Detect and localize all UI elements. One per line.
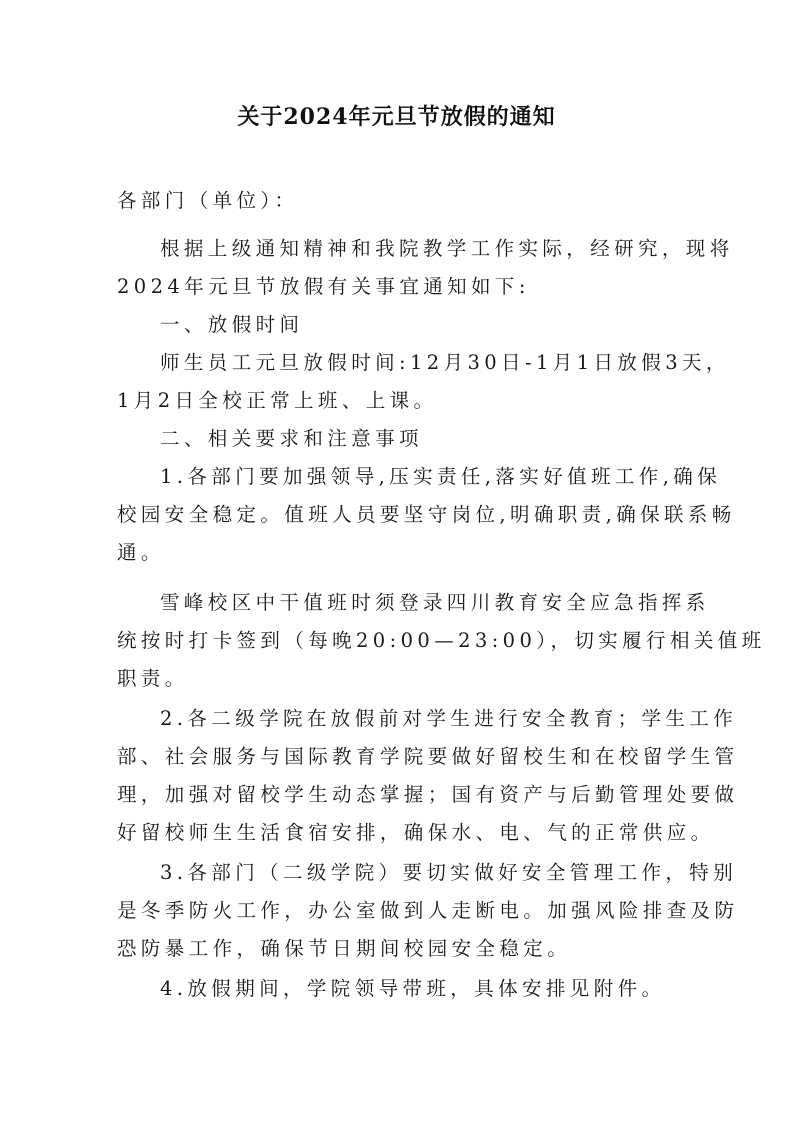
body-line: 部、社会服务与国际教育学院要做好留校生和在校留学生管 [117,744,683,770]
document-title: 关于2024年元旦节放假的通知 [0,100,793,131]
document-page: 关于2024年元旦节放假的通知 各部门（单位）： 根据上级通知精神和我院教学工作… [0,0,793,1122]
body-line: 统按时打卡签到（每晚20:00—23:00），切实履行相关值班 [117,628,683,654]
body-line: 一、放假时间 [160,312,683,338]
salutation: 各部门（单位）： [117,188,683,214]
body-line: 理，加强对留校学生动态掌握；国有资产与后勤管理处要做 [117,782,683,808]
body-line: 二、相关要求和注意事项 [160,426,683,452]
body-line: 师生员工元旦放假时间:12月30日-1月1日放假3天， [160,350,683,376]
body-line: 好留校师生生活食宿安排，确保水、电、气的正常供应。 [117,820,683,846]
body-line: 雪峰校区中干值班时须登录四川教育安全应急指挥系 [160,590,683,616]
body-line: 2024年元旦节放假有关事宜通知如下: [117,274,683,300]
body-line: 职责。 [117,666,683,692]
body-line: 3.各部门（二级学院）要切实做好安全管理工作，特别 [160,860,683,886]
body-line: 是冬季防火工作，办公室做到人走断电。加强风险排查及防 [117,898,683,924]
body-line: 根据上级通知精神和我院教学工作实际，经研究，现将 [160,236,683,262]
body-line: 2.各二级学院在放假前对学生进行安全教育；学生工作 [160,706,683,732]
body-line: 1.各部门要加强领导,压实责任,落实好值班工作,确保 [160,464,683,490]
body-line: 恐防暴工作，确保节日期间校园安全稳定。 [117,936,683,962]
body-line: 通。 [117,540,683,566]
body-line: 1月2日全校正常上班、上课。 [117,388,683,414]
body-line: 4.放假期间，学院领导带班，具体安排见附件。 [160,976,683,1002]
body-line: 校园安全稳定。值班人员要坚守岗位,明确职责,确保联系畅 [117,502,683,528]
